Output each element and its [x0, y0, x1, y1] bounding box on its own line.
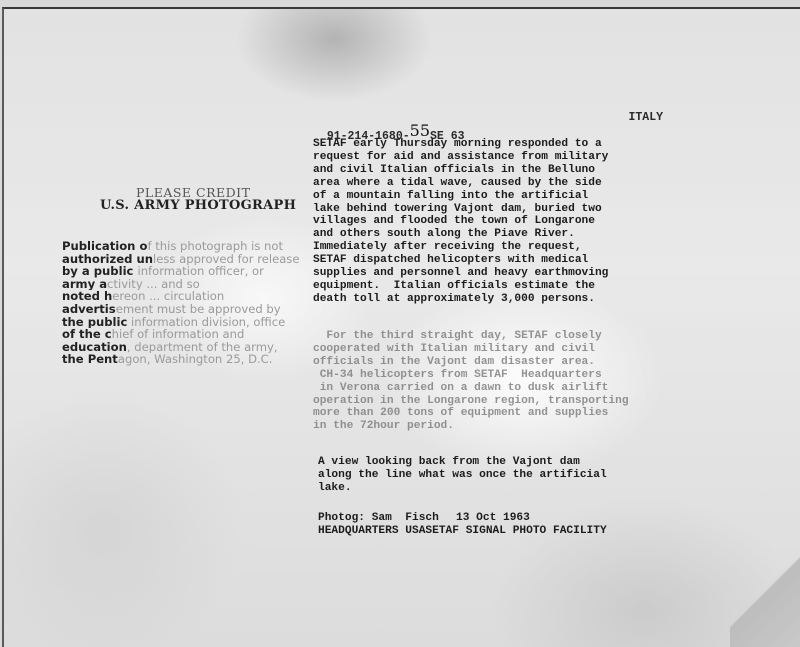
caption-line: along the line what was once the artific…: [318, 469, 607, 482]
notice-line: noted hereon ... circulation: [62, 290, 322, 303]
paragraph-line: operation in the Longarone region, trans…: [313, 395, 629, 408]
photo-caption: A view looking back from the Vajont dama…: [318, 456, 607, 495]
paragraph-line: more than 200 tons of equipment and supp…: [313, 407, 629, 420]
paragraph-line: and civil Italian officials in the Bellu…: [313, 164, 608, 177]
paragraph-line: villages and flooded the town of Longaro…: [313, 215, 608, 228]
paragraph-line: lake behind towering Vajont dam, buried …: [313, 203, 608, 216]
paragraph-line: SETAF early Thursday morning responded t…: [313, 138, 608, 151]
paragraph-line: death toll at approximately 3,000 person…: [313, 293, 608, 306]
notice-line: Publication of this photograph is not: [62, 240, 322, 253]
paragraph-1: SETAF early Thursday morning responded t…: [313, 138, 608, 306]
photographer-label: Photog: Sam Fisch: [318, 512, 439, 524]
publication-notice: Publication of this photograph is notaut…: [62, 240, 322, 366]
notice-line: army activity ... and so: [62, 278, 322, 291]
paragraph-line: CH-34 helicopters from SETAF Headquarter…: [313, 369, 629, 382]
folded-corner: [730, 539, 800, 647]
notice-line: the public information division, office: [62, 316, 322, 329]
photo-date: 13 Oct 1963: [456, 512, 530, 525]
notice-line: by a public information officer, or: [62, 265, 322, 278]
paragraph-line: equipment. Italian officials estimate th…: [313, 280, 608, 293]
notice-line: advertisement must be approved by: [62, 303, 322, 316]
notice-line: of the chief of information and: [62, 328, 322, 341]
paragraph-line: For the third straight day, SETAF closel…: [313, 330, 629, 343]
notice-line: the Pentagon, Washington 25, D.C.: [62, 353, 322, 366]
paragraph-2: For the third straight day, SETAF closel…: [313, 330, 629, 433]
paragraph-line: in the 72hour period.: [313, 420, 629, 433]
paragraph-line: and others south along the Piave River.: [313, 228, 608, 241]
paragraph-line: request for aid and assistance from mili…: [313, 151, 608, 164]
facility-line: HEADQUARTERS USASETAF SIGNAL PHOTO FACIL…: [318, 525, 607, 538]
photo-credit: Photog: Sam Fisch13 Oct 1963 HEADQUARTER…: [318, 512, 607, 538]
paragraph-line: area where a tidal wave, caused by the s…: [313, 177, 608, 190]
credit-stamp: PLEASE CREDIT U.S. ARMY PHOTOGRAPH: [100, 186, 296, 213]
paragraph-line: in Verona carried on a dawn to dusk airl…: [313, 382, 629, 395]
paragraph-line: officials in the Vajont dam disaster are…: [313, 356, 629, 369]
paragraph-line: of a mountain falling into the artificia…: [313, 190, 608, 203]
country-label: ITALY: [628, 111, 663, 124]
paragraph-line: cooperated with Italian military and civ…: [313, 343, 629, 356]
paragraph-line: Immediately after receiving the request,: [313, 241, 608, 254]
us-army-photograph-text: U.S. ARMY PHOTOGRAPH: [100, 199, 296, 213]
notice-line: authorized unless approved for release: [62, 253, 322, 266]
notice-line: education, department of the army,: [62, 341, 322, 354]
caption-line: A view looking back from the Vajont dam: [318, 456, 607, 469]
caption-line: lake.: [318, 482, 607, 495]
paragraph-line: SETAF dispatched helicopters with medica…: [313, 254, 608, 267]
photographer-line: Photog: Sam Fisch13 Oct 1963: [318, 512, 607, 525]
paragraph-line: supplies and personnel and heavy earthmo…: [313, 267, 608, 280]
